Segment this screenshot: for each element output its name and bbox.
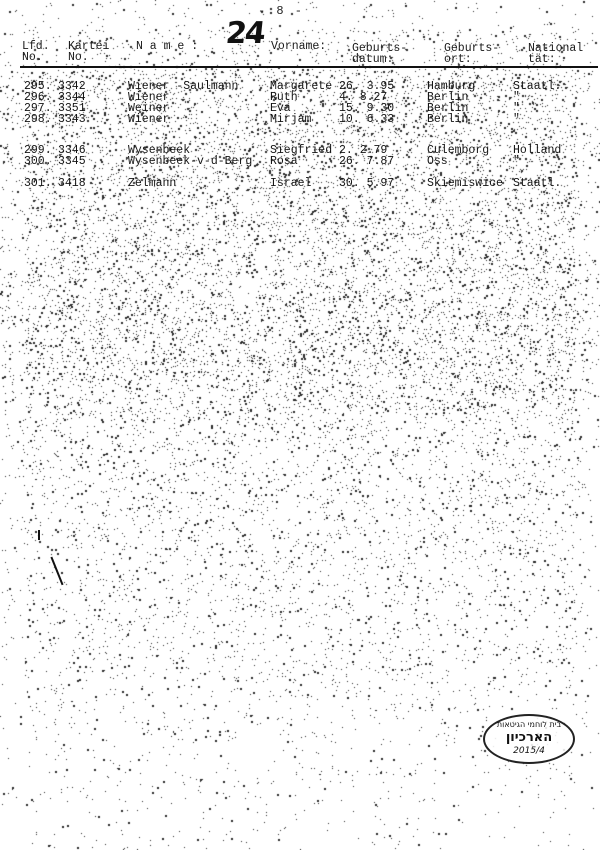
cell-datum: 10. 6.33 — [339, 114, 394, 126]
table-row: 301.3418ZelmannIsrael30. 5.97Skiemiswice… — [0, 178, 600, 190]
cell-nat: " — [513, 114, 520, 126]
cell-ort: Skiemiswice — [427, 178, 503, 190]
header-geburtsort: Geburts-ort: — [444, 43, 499, 65]
header-vorname: Vorname: — [271, 41, 326, 52]
cell-datum: 26. 7.87 — [339, 156, 394, 168]
header-nationalitaet: Nationaltät: — [528, 43, 583, 65]
cell-lfd: 298. — [24, 114, 52, 126]
cell-name: Wiener — [128, 114, 169, 126]
cell-datum: 30. 5.97 — [339, 178, 394, 190]
stamp-reference-number: 2015/4 — [485, 746, 573, 756]
cell-kartei: 3418 — [58, 178, 86, 190]
header-geburtsdatum: Geburts-datum: — [352, 43, 407, 65]
header-name: N a m e : — [136, 41, 198, 52]
cell-nat: " — [513, 156, 520, 168]
header-lfd-no: Lfd.No. — [22, 41, 50, 63]
cell-ort: Oss — [427, 156, 448, 168]
archive-stamp: בית לוחמי הגיטאות הארכיון 2015/4 — [483, 714, 575, 764]
stamp-institution: בית לוחמי הגיטאות — [485, 720, 573, 729]
stamp-archive-label: הארכיון — [485, 730, 573, 745]
handwritten-page-number: 24 — [224, 16, 265, 51]
cell-name: Wysenbeek-v-d-Berg — [128, 156, 252, 168]
table-row: 298.3343WienerMirjam10. 6.33Berlin" — [0, 114, 600, 126]
cell-name: Zelmann — [128, 178, 176, 190]
cell-nat: Staatl. — [513, 178, 561, 190]
cell-kartei: 3343 — [58, 114, 86, 126]
pen-mark-small — [38, 530, 40, 540]
cell-lfd: 301. — [24, 178, 52, 190]
cell-vorname: Mirjam — [270, 114, 311, 126]
cell-vorname: Israel — [270, 178, 311, 190]
cell-lfd: 300. — [24, 156, 52, 168]
cell-ort: Berlin — [427, 114, 468, 126]
cell-kartei: 3345 — [58, 156, 86, 168]
cell-vorname: Rosa — [270, 156, 298, 168]
header-divider — [20, 66, 598, 68]
table-row: 300.3345Wysenbeek-v-d-BergRosa26. 7.87Os… — [0, 156, 600, 168]
header-kartei-no: KarteiNo. — [68, 41, 109, 63]
